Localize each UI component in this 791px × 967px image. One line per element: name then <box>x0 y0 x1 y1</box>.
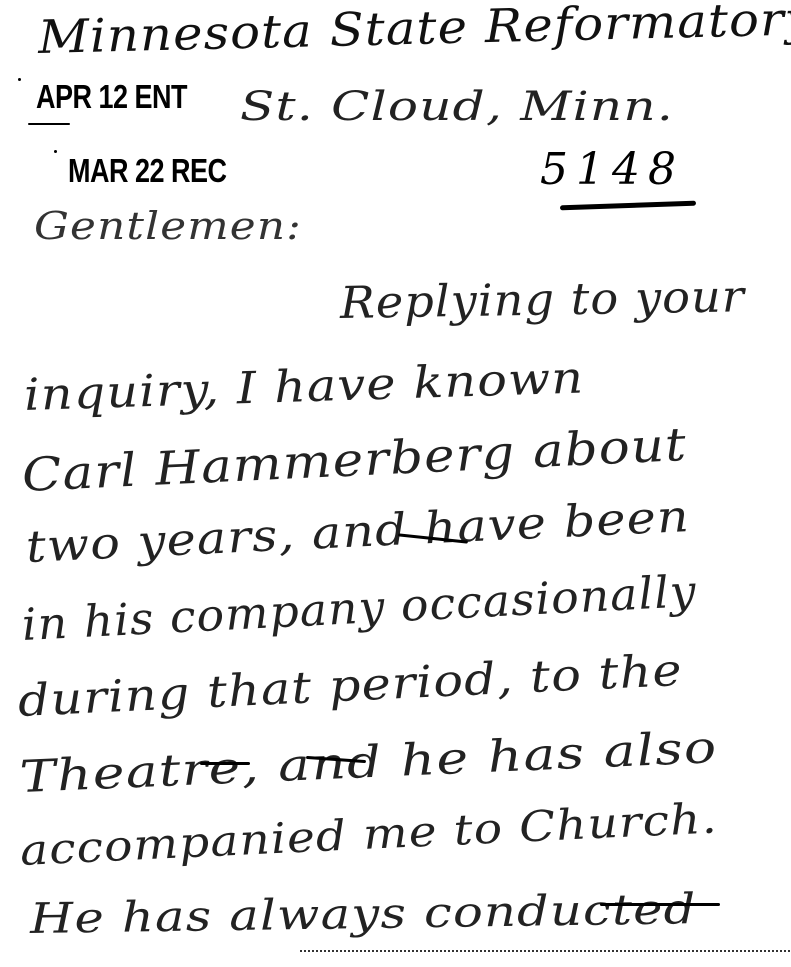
stamp-rule <box>28 123 70 125</box>
body-line-3: Carl Hammerberg about <box>20 417 688 502</box>
body-line-4: two years, and have been <box>25 491 692 573</box>
file-number: 5148 <box>540 144 684 195</box>
stamp-speck <box>18 78 21 81</box>
address-line-2: St. Cloud, Minn. <box>240 84 674 130</box>
body-line-7: Theatre, and he has also <box>18 722 718 803</box>
stamp-speck <box>54 150 57 153</box>
insertion-stroke <box>200 762 250 765</box>
body-line-9: He has always conducted <box>29 884 696 943</box>
body-line-5: in his company occasionally <box>21 566 698 651</box>
address-line-1: Minnesota State Reformatory, <box>37 0 791 64</box>
letter-page: Minnesota State Reformatory, APR 12 ENT … <box>0 0 791 967</box>
date-stamp-received: MAR 22 REC <box>68 152 227 191</box>
file-number-underline <box>560 201 696 211</box>
salutation: Gentlemen: <box>34 204 302 248</box>
bottom-edge-dots <box>300 950 790 952</box>
body-line-6: during that period, to the <box>17 645 685 727</box>
body-line-2: inquiry, I have known <box>23 353 585 421</box>
body-line-1: Replying to your <box>340 271 746 329</box>
body-line-8: accompanied me to Church. <box>19 793 719 875</box>
date-stamp-entered: APR 12 ENT <box>36 78 187 117</box>
insertion-stroke <box>600 903 720 906</box>
